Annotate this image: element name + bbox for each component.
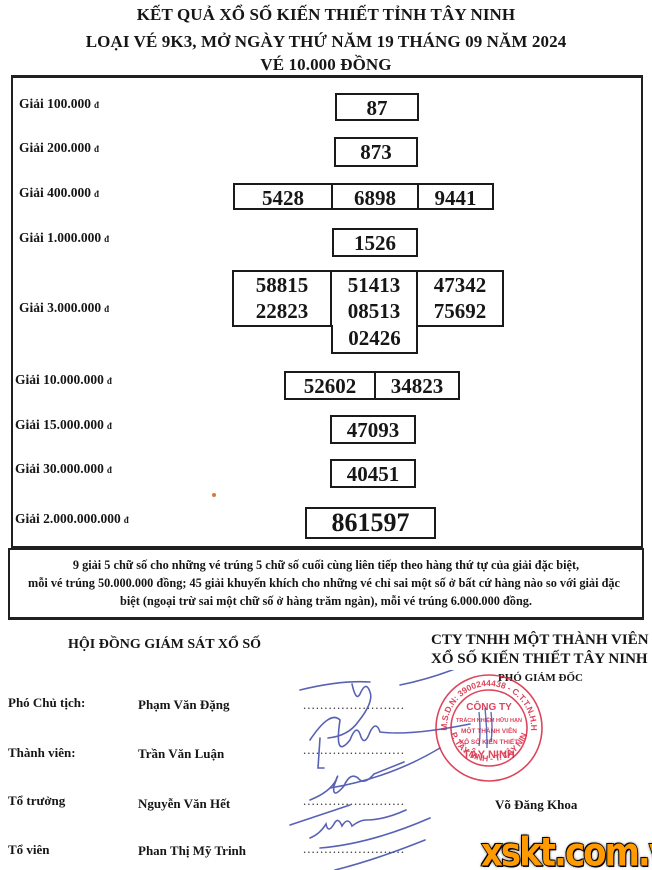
member-name: Phạm Văn Đặng — [138, 697, 230, 713]
currency-symbol: đ — [107, 421, 112, 431]
consolation-prize-note: 9 giải 5 chữ số cho những vé trúng 5 chữ… — [8, 548, 644, 620]
currency-symbol: đ — [107, 376, 112, 386]
member-role: Thành viên: — [8, 745, 76, 761]
member-name: Phan Thị Mỹ Trinh — [138, 843, 246, 859]
prize-number: 1526 — [332, 228, 418, 257]
stamp-line: TRÁCH NHIỆM HỮU HẠN — [456, 716, 522, 724]
prize-amount: Giải 2.000.000.000 — [15, 511, 121, 526]
prize-number: 9441 — [419, 183, 494, 210]
signature-line: ........................ — [303, 697, 405, 713]
prize-amount: Giải 30.000.000 — [15, 461, 104, 476]
company-name-2: XỔ SỐ KIẾN THIẾT TÂY NINH — [431, 651, 648, 668]
stamp-line: MỘT THÀNH VIÊN — [461, 726, 517, 735]
prize-numbers-3m-row1: 58815 51413 47342 — [232, 270, 504, 300]
prize-amount: Giải 10.000.000 — [15, 372, 104, 387]
signature-line: ........................ — [303, 793, 405, 809]
company-name: CTY TNHH MỘT THÀNH VIÊN — [431, 632, 649, 649]
prize-label-15m: Giải 15.000.000đ — [15, 417, 112, 433]
member-role: Tổ viên — [8, 842, 50, 858]
prize-label-special: Giải 2.000.000.000đ — [15, 511, 129, 527]
ticket-type-and-date: LOẠI VÉ 9K3, MỞ NGÀY THỨ NĂM 19 THÁNG 09… — [0, 32, 652, 52]
currency-symbol: đ — [104, 304, 109, 314]
prize-number: 47342 — [418, 270, 504, 300]
prize-label-30m: Giải 30.000.000đ — [15, 461, 112, 477]
stamp-line: XỔ SỐ KIẾN THIẾT — [460, 736, 519, 746]
prize-number: 34823 — [376, 371, 460, 400]
currency-symbol: đ — [94, 100, 99, 110]
member-name: Nguyễn Văn Hết — [138, 796, 230, 812]
prize-amount: Giải 1.000.000 — [19, 230, 101, 245]
stamp-line: TÂY NINH — [463, 748, 515, 761]
site-watermark: xskt.com.vn — [481, 830, 652, 870]
prize-label-3m: Giải 3.000.000đ — [19, 300, 109, 316]
prize-label-200k: Giải 200.000đ — [19, 140, 99, 156]
prize-numbers-3m-row2: 22823 08513 75692 — [232, 298, 504, 327]
document-title: KẾT QUẢ XỔ SỐ KIẾN THIẾT TỈNH TÂY NINH — [0, 5, 652, 25]
prize-label-10m: Giải 10.000.000đ — [15, 372, 112, 388]
note-line: biệt (ngoại trừ sai một chữ số ở hàng tr… — [10, 592, 642, 610]
prize-number: 75692 — [418, 298, 504, 327]
special-prize-number: 861597 — [305, 507, 436, 539]
currency-symbol: đ — [94, 144, 99, 154]
prize-number: 51413 — [332, 270, 418, 300]
council-title: HỘI ĐỒNG GIÁM SÁT XỔ SỐ — [68, 637, 261, 653]
prize-amount: Giải 400.000 — [19, 185, 91, 200]
prize-amount: Giải 100.000 — [19, 96, 91, 111]
prize-number: 52602 — [284, 371, 376, 400]
prize-number: 22823 — [232, 298, 332, 327]
currency-symbol: đ — [107, 465, 112, 475]
prize-number: 6898 — [333, 183, 419, 210]
currency-symbol: đ — [124, 515, 129, 525]
prize-number: 40451 — [330, 459, 416, 488]
note-line: mỗi vé trúng 50.000.000 đồng; 45 giải kh… — [6, 574, 642, 592]
prize-number: 58815 — [232, 270, 332, 300]
signer-name: Võ Đăng Khoa — [495, 797, 577, 813]
stamp-line: CÔNG TY — [466, 700, 512, 713]
currency-symbol: đ — [104, 234, 109, 244]
signature-line: ........................ — [303, 742, 405, 758]
member-name: Trần Văn Luận — [138, 746, 224, 762]
member-role: Phó Chủ tịch: — [8, 695, 85, 711]
prize-number: 47093 — [330, 415, 416, 444]
prize-amount: Giải 15.000.000 — [15, 417, 104, 432]
note-line: 9 giải 5 chữ số cho những vé trúng 5 chữ… — [10, 556, 642, 574]
prize-numbers-10m: 52602 34823 — [284, 371, 460, 400]
member-role: Tổ trưởng — [8, 793, 65, 809]
prize-label-100k: Giải 100.000đ — [19, 96, 99, 112]
ink-speck — [212, 493, 216, 497]
company-stamp: M.S.D.N: 3900244438 - C.T.T.N.H.H TP. TÂ… — [433, 672, 545, 784]
prize-number: 5428 — [233, 183, 333, 210]
ticket-price: VÉ 10.000 ĐỒNG — [0, 55, 652, 75]
prize-amount: Giải 3.000.000 — [19, 300, 101, 315]
currency-symbol: đ — [94, 189, 99, 199]
prize-number: 873 — [334, 137, 418, 167]
prize-amount: Giải 200.000 — [19, 140, 91, 155]
prize-number: 87 — [335, 93, 419, 121]
prize-label-400k: Giải 400.000đ — [19, 185, 99, 201]
prize-numbers-400k: 5428 6898 9441 — [233, 183, 494, 210]
prize-number: 08513 — [332, 298, 418, 327]
prize-number: 02426 — [331, 325, 418, 354]
signature-line: ........................ — [303, 841, 405, 857]
prize-label-1m: Giải 1.000.000đ — [19, 230, 109, 246]
